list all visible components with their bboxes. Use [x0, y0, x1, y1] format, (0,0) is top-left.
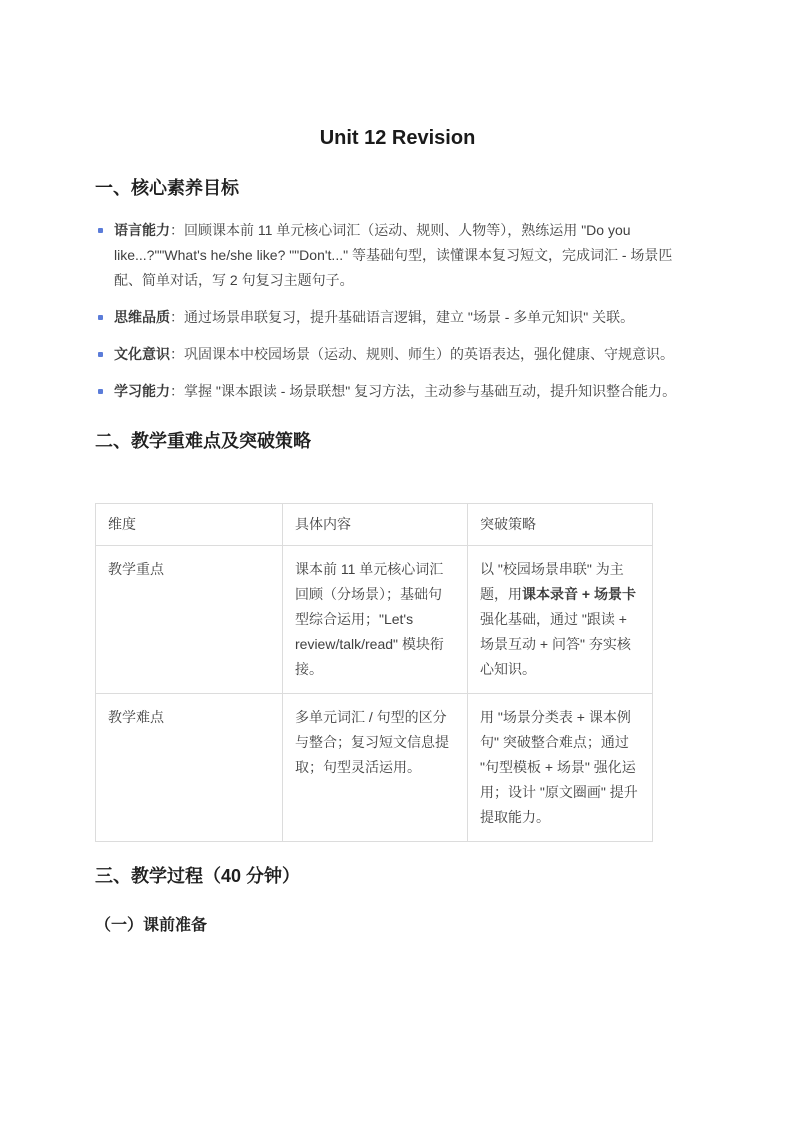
list-item: 学习能力：掌握 "课本跟读 - 场景联想" 复习方法，主动参与基础互动，提升知识…	[95, 379, 700, 404]
list-item: 文化意识：巩固课本中校园场景（运动、规则、师生）的英语表达，强化健康、守规意识。	[95, 342, 700, 367]
strategy-text: 用 "场景分类表 + 课本例句" 突破整合难点；通过 "句型模板 + 场景" 强…	[480, 709, 638, 825]
list-item: 思维品质：通过场景串联复习，提升基础语言逻辑，建立 "场景 - 多单元知识" 关…	[95, 305, 700, 330]
cell-dimension: 教学难点	[96, 694, 283, 842]
cell-strategy: 以 "校园场景串联" 为主题，用课本录音 + 场景卡强化基础，通过 "跟读 + …	[468, 546, 653, 694]
goal-text: ：回顾课本前 11 单元核心词汇（运动、规则、人物等），熟练运用 "Do you…	[114, 222, 672, 288]
goal-text: ：巩固课本中校园场景（运动、规则、师生）的英语表达，强化健康、守规意识。	[170, 346, 674, 362]
document-page: Unit 12 Revision 一、核心素养目标 语言能力：回顾课本前 11 …	[0, 0, 794, 1123]
table-header-row: 维度 具体内容 突破策略	[96, 504, 653, 546]
goal-text: ：掌握 "课本跟读 - 场景联想" 复习方法，主动参与基础互动，提升知识整合能力…	[170, 383, 676, 399]
table-row: 教学重点 课本前 11 单元核心词汇回顾（分场景）；基础句型综合运用；"Let'…	[96, 546, 653, 694]
cell-content: 多单元词汇 / 句型的区分与整合；复习短文信息提取；句型灵活运用。	[283, 694, 468, 842]
bullet-dot-icon	[98, 228, 103, 233]
column-header-content: 具体内容	[283, 504, 468, 546]
strategy-text: 强化基础，通过 "跟读 + 场景互动 + 问答" 夯实核心知识。	[480, 611, 631, 677]
cell-strategy: 用 "场景分类表 + 课本例句" 突破整合难点；通过 "句型模板 + 场景" 强…	[468, 694, 653, 842]
list-item: 语言能力：回顾课本前 11 单元核心词汇（运动、规则、人物等），熟练运用 "Do…	[95, 218, 700, 293]
strategy-bold-text: 课本录音 + 场景卡	[522, 586, 636, 602]
difficulties-table: 维度 具体内容 突破策略 教学重点 课本前 11 单元核心词汇回顾（分场景）；基…	[95, 503, 653, 842]
bullet-dot-icon	[98, 352, 103, 357]
table-row: 教学难点 多单元词汇 / 句型的区分与整合；复习短文信息提取；句型灵活运用。 用…	[96, 694, 653, 842]
core-goals-list: 语言能力：回顾课本前 11 单元核心词汇（运动、规则、人物等），熟练运用 "Do…	[95, 218, 700, 404]
document-title: Unit 12 Revision	[95, 125, 700, 151]
bullet-dot-icon	[98, 315, 103, 320]
column-header-dimension: 维度	[96, 504, 283, 546]
goal-label: 学习能力	[114, 383, 170, 399]
bullet-dot-icon	[98, 389, 103, 394]
section-heading-core-goals: 一、核心素养目标	[95, 176, 700, 200]
goal-label: 语言能力	[114, 222, 170, 238]
goal-text: ：通过场景串联复习，提升基础语言逻辑，建立 "场景 - 多单元知识" 关联。	[170, 309, 634, 325]
goal-label: 文化意识	[114, 346, 170, 362]
column-header-strategy: 突破策略	[468, 504, 653, 546]
section-heading-process: 三、教学过程（40 分钟）	[95, 864, 700, 888]
subsection-heading-preparation: （一）课前准备	[95, 915, 700, 937]
cell-content: 课本前 11 单元核心词汇回顾（分场景）；基础句型综合运用；"Let's rev…	[283, 546, 468, 694]
goal-label: 思维品质	[114, 309, 170, 325]
section-heading-difficulties: 二、教学重难点及突破策略	[95, 429, 700, 453]
cell-dimension: 教学重点	[96, 546, 283, 694]
